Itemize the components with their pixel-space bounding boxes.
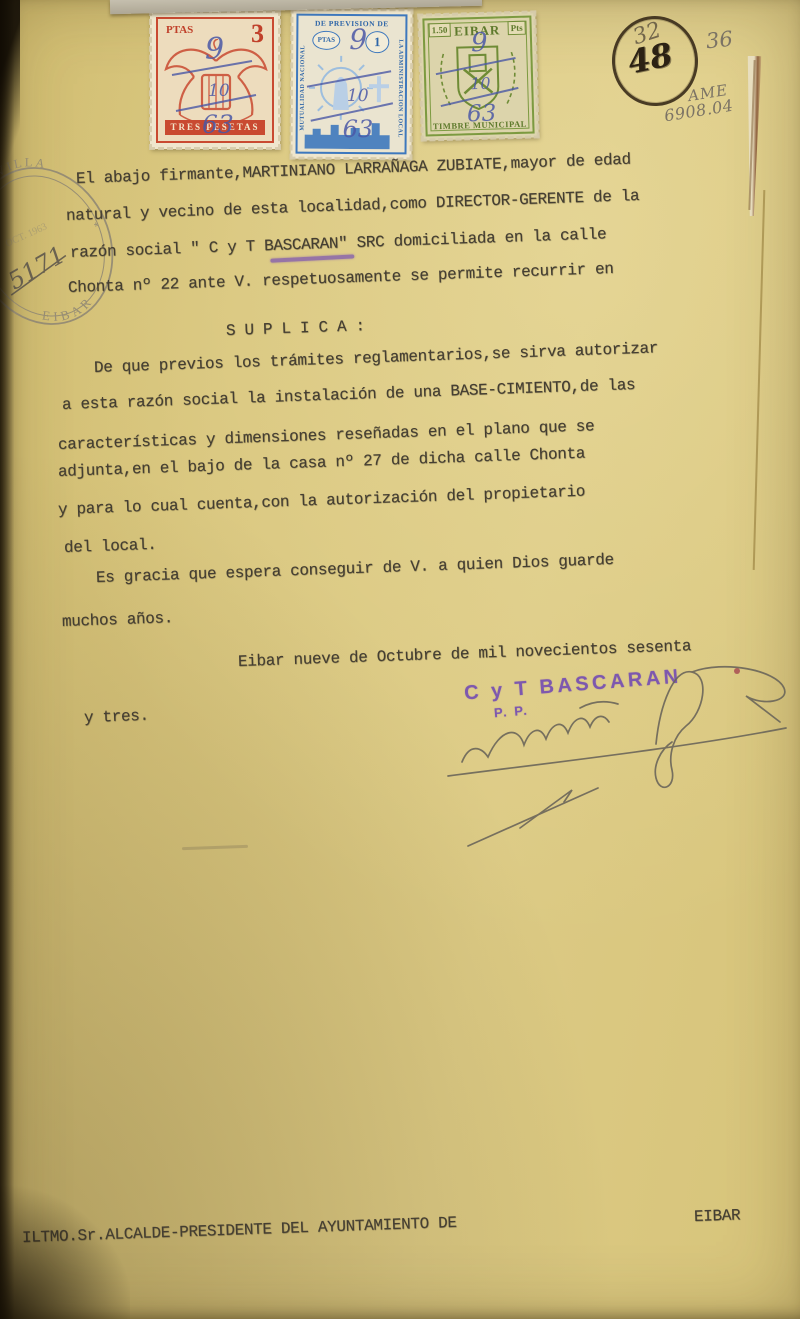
signature-scrawl (420, 660, 800, 860)
stamp-bottom-text: TIMBRE MUNICIPAL (427, 119, 532, 132)
closing-line: muchos años. (62, 609, 174, 631)
revenue-stamp-tres-pesetas: PTAS 3 TRES PESETAS 9 1 (150, 11, 280, 149)
petition-line: De que previos los trámites reglamentari… (94, 339, 659, 377)
eagle-emblem-icon (158, 39, 274, 129)
corner-shadow (0, 1169, 130, 1319)
stamp-currency-label: Pts (507, 21, 525, 35)
body-line: natural y vecino de esta localidad,como … (66, 187, 640, 225)
stamp-frame: DE PREVISION DE MUTUALIDAD NACIONAL LA A… (296, 14, 408, 155)
virgin-figure-icon (305, 54, 401, 150)
binding-shadow (0, 0, 16, 1319)
body-line: Chonta nº 22 ante V. respetuosamente se … (68, 260, 614, 297)
stamp-currency-label: PTAS (312, 31, 340, 50)
closing-line: Es gracia que espera conseguir de V. a q… (96, 551, 614, 587)
municipal-stamp-eibar: 1.50 EIBAR Pts TIMBRE MUNICIPAL 9 10 (418, 11, 538, 140)
petition-line: del local. (64, 536, 157, 557)
revenue-stamp-mutualidad: DE PREVISION DE MUTUALIDAD NACIONAL LA A… (290, 9, 412, 160)
red-pencil-dot (734, 668, 740, 674)
stamp-currency-label: PTAS (166, 24, 193, 36)
folio-number: 48 (624, 35, 675, 81)
stamp-top-text: DE PREVISION DE (298, 19, 405, 29)
stamp-frame: 1.50 EIBAR Pts TIMBRE MUNICIPAL (422, 16, 534, 137)
petition-line: a esta razón social la instalación de un… (62, 376, 636, 414)
pencil-smudge (182, 845, 248, 850)
purple-underline (270, 254, 354, 262)
corner-shadow (0, 0, 20, 190)
suplica-heading: S U P L I C A : (226, 317, 365, 340)
petition-line: y para lo cual cuenta,con la autorizació… (58, 483, 586, 519)
stamp-value: 1 (365, 31, 389, 53)
page: PTAS 3 TRES PESETAS 9 1 (0, 0, 800, 1319)
coat-of-arms-icon (427, 38, 529, 121)
pencil-folio-number: 36 (705, 27, 734, 54)
stamp-denomination: TRES PESETAS (165, 120, 265, 135)
body-line: razón social " C y T BASCARAN" SRC domic… (70, 225, 607, 262)
stamp-frame: PTAS 3 TRES PESETAS (156, 17, 274, 143)
date-line: y tres. (84, 707, 149, 727)
footer-city: EIBAR (694, 1206, 741, 1226)
scanned-petition-document: PTAS 3 TRES PESETAS 9 1 (0, 0, 800, 1319)
